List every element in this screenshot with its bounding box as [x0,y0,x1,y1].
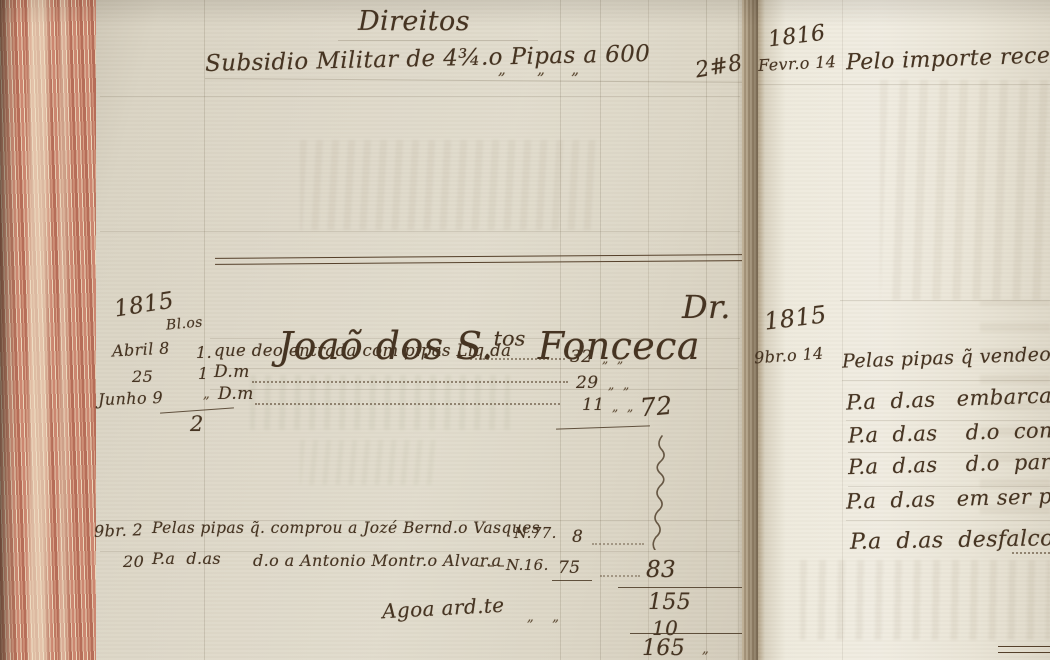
entry-value: 32 [570,347,592,367]
purchase-ref: N.16. [506,556,549,574]
manuscript-photo: Direitos Subsidio Militar de 4¾.o Pipas … [0,0,1050,660]
entry-qty: 1. [196,343,212,362]
agoa-ditto-marks: „ „ [527,610,559,625]
grand-total-ditto: „ [702,642,709,657]
sales-line: P.a d.as d.o para L [848,449,1050,479]
dot-leader [470,358,565,360]
entries-total: 72 [639,391,674,423]
purchases-total: 83 [646,557,676,583]
entry-value: 11 [582,395,604,415]
column-rule [706,0,707,660]
heading-underline [338,40,538,41]
dot-leader [255,403,560,405]
pencil-guide [842,380,1050,381]
ink-squiggle [648,434,676,550]
pencil-guide [100,96,740,97]
purchase-description: P.a d.as [152,549,221,568]
value-underline [552,580,592,581]
pencil-guide [840,300,1050,301]
debit-label: Dr. [682,288,731,326]
pencil-guide [846,520,1050,521]
book-fore-edge [0,0,96,660]
entry-date: 25 [132,367,153,386]
pencil-guide [758,84,1050,85]
purchase-value: 8 [572,527,583,547]
purchase-date: 20 [123,552,144,571]
subtotal-value: 155 [648,590,691,615]
entry-ditto-marks: „ „ [612,400,634,414]
purchase-date: 9br. 2 [94,520,144,541]
dot-leader [592,543,644,545]
entry-description: D.m [214,362,250,382]
entry-date: Abril 8 [112,339,171,361]
entry-value: 29 [576,373,598,393]
dot-leader [252,381,568,383]
dash-leader [478,565,504,567]
account-year-note: Bl.os [165,314,203,333]
column-rule [842,0,843,660]
entry-date: Junho 9 [98,388,164,409]
entry-ditto-marks: „ „ [608,378,630,392]
entry-description: que deo entrada com pipas Liq.da [214,341,511,360]
purchase-ref: N.77. [514,524,557,542]
entry-qty: 1 [198,364,209,383]
grand-total-value: 165 [642,636,685,660]
dot-leader [1012,552,1050,554]
entry-description: D.m [218,384,254,404]
grand-total-rule [630,633,742,634]
purchase-description: Pelas pipas q̃. comprou a Jozé Bernd.o V… [152,519,540,537]
subtotal-rule [618,587,742,588]
entry-qty: „ [203,387,210,402]
entry-ditto-marks: „ „ [602,352,624,366]
purchase-description: d.o a Antonio Montr.o Alvar.a [253,551,502,570]
dot-leader [600,575,640,577]
bottom-separator-rule [998,646,1050,653]
purchase-value: 75 [558,558,580,578]
qty-total: 2 [190,412,204,436]
pencil-guide [100,231,740,232]
subsidy-ditto-marks: „ „ „ [498,60,579,78]
page-heading: Direitos [358,6,470,37]
sales-line: P.a d.as desfalco [850,526,1050,555]
